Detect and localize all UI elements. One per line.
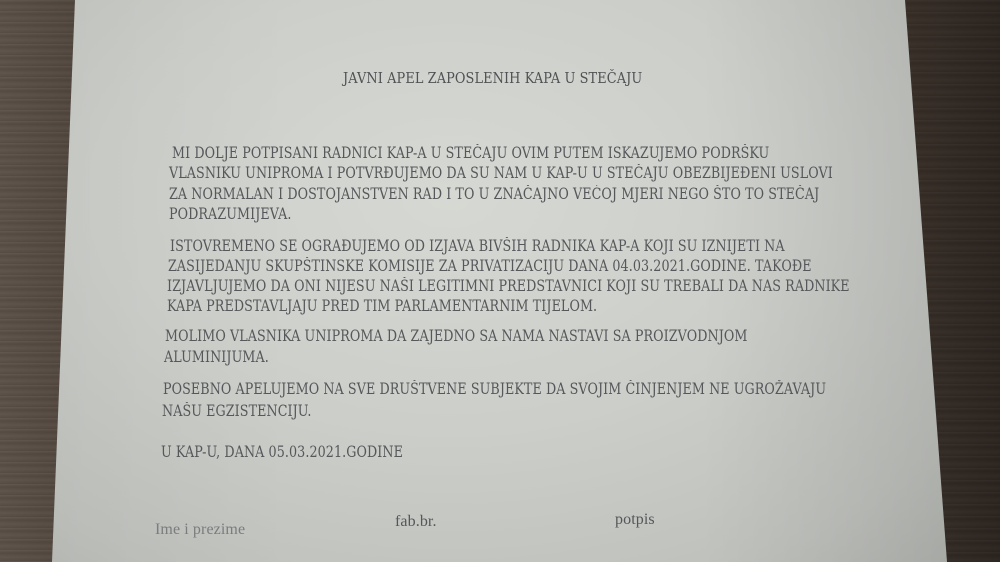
paragraph-2-line-3: IZJAVLJUJEMO DA ONI NIJESU NAŠI LEGITIMN… xyxy=(167,277,850,295)
document-title: JAVNI APEL ZAPOSLENIH KAPA U STEČAJU xyxy=(343,69,642,87)
paragraph-1-line-4: PODRAZUMIJEVA. xyxy=(169,205,292,223)
paragraph-2-line-4: KAPA PREDSTAVLJAJU PRED TIM PARLAMENTARN… xyxy=(167,297,597,315)
paragraph-4-line-1: POSEBNO APELUJEMO NA SVE DRUŠTVENE SUBJE… xyxy=(163,380,826,398)
paragraph-2-line-2: ZASIJEDANJU SKUPŠTINSKE KOMISIJE ZA PRIV… xyxy=(168,257,812,275)
signature-column-signature: potpis xyxy=(615,511,655,529)
paragraph-3-line-1: MOLIMO VLASNIKA UNIPROMA DA ZAJEDNO SA N… xyxy=(165,327,747,345)
paragraph-1-line-2: VLASNIKU UNIPROMA I POTVRĐUJEMO DA SU NA… xyxy=(169,164,833,182)
paragraph-2-line-1: ISTOVREMENO SE OGRAĐUJEMO OD IZJAVA BIVŠ… xyxy=(170,237,785,255)
place-and-date: U KAP-U, DANA 05.03.2021.GODINE xyxy=(161,443,403,461)
paragraph-1-line-3: ZA NORMALAN I DOSTOJANSTVEN RAD I TO U Z… xyxy=(169,185,819,203)
paragraph-1-line-1: MI DOLJE POTPISANI RADNICI KAP-A U STEČA… xyxy=(172,144,769,162)
paragraph-4-line-2: NAŠU EGZISTENCIJU. xyxy=(162,402,312,420)
signature-column-name: Ime i prezime xyxy=(155,521,245,539)
paragraph-3-line-2: ALUMINIJUMA. xyxy=(164,348,269,366)
signature-column-factory-number: fab.br. xyxy=(395,513,437,531)
